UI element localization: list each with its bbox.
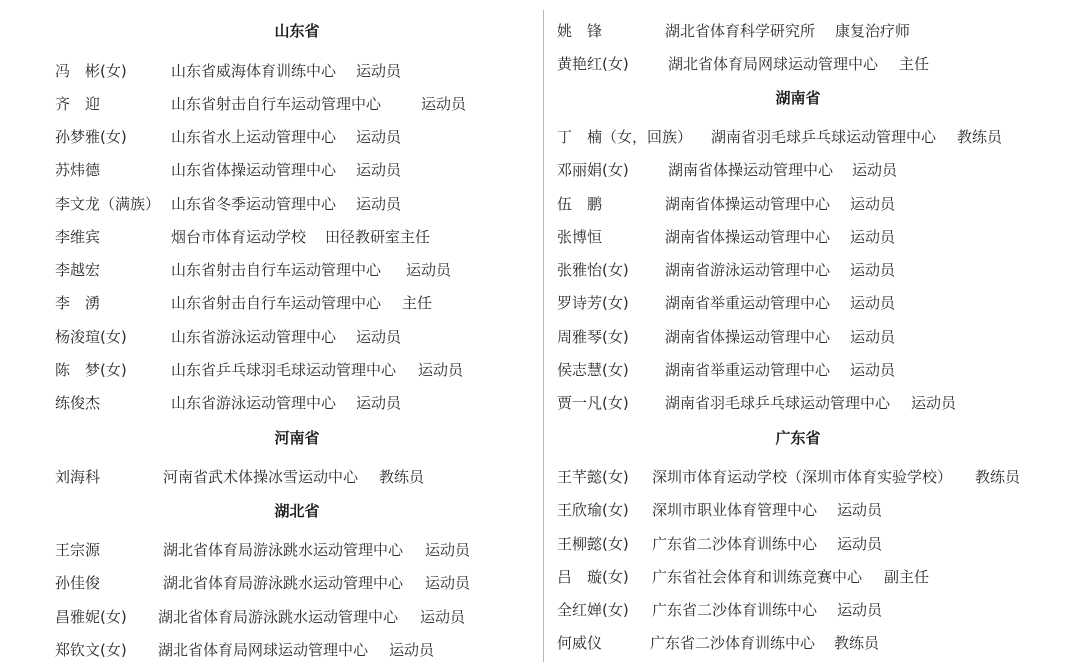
person-title: 运动员 [837,533,882,555]
person-unit: 湖南省体操运动管理中心 [668,159,833,181]
person-title: 运动员 [850,359,895,381]
person-name: 丁 楠（女，回族） [557,126,692,148]
person-title: 运动员 [850,326,895,348]
person-title: 教练员 [957,126,1002,148]
person-title: 主任 [402,292,432,314]
person-name: 冯 彬(女) [55,60,127,82]
person-unit: 广东省二沙体育训练中心 [652,533,817,555]
person-title: 运动员 [421,93,466,115]
section-heading-henan: 河南省 [274,427,319,448]
person-title: 运动员 [406,259,451,281]
person-name: 李维宾 [55,226,100,248]
person-name: 陈 梦(女) [55,359,127,381]
person-name: 张雅怡(女) [557,259,629,281]
person-title: 运动员 [837,499,882,521]
person-name: 侯志慧(女) [557,359,629,381]
person-unit: 山东省射击自行车运动管理中心 [171,93,381,115]
person-title: 教练员 [975,466,1020,488]
person-unit: 湖南省体操运动管理中心 [665,326,830,348]
person-unit: 山东省威海体育训练中心 [171,60,336,82]
section-heading-hubei: 湖北省 [274,500,319,521]
person-title: 运动员 [425,572,470,594]
section-heading-guangdong: 广东省 [775,427,820,448]
person-title: 运动员 [837,599,882,621]
person-unit: 广东省二沙体育训练中心 [650,632,815,654]
person-name: 吕 璇(女) [557,566,629,588]
person-name: 孙梦雅(女) [55,126,127,148]
person-unit: 湖北省体育局游泳跳水运动管理中心 [163,539,403,561]
person-name: 王柳懿(女) [557,533,629,555]
person-unit: 山东省乒乓球羽毛球运动管理中心 [171,359,396,381]
person-name: 李文龙（满族） [55,193,160,215]
person-name: 邓丽娟(女) [557,159,629,181]
person-title: 运动员 [852,159,897,181]
person-title: 运动员 [420,606,465,628]
person-unit: 山东省游泳运动管理中心 [171,326,336,348]
person-title: 运动员 [418,359,463,381]
person-title: 运动员 [389,639,434,661]
person-name: 王宗源 [55,539,100,561]
person-title: 运动员 [356,159,401,181]
person-name: 苏炜德 [55,159,100,181]
person-unit: 烟台市体育运动学校 [171,226,306,248]
person-name: 罗诗芳(女) [557,292,629,314]
person-unit: 湖南省举重运动管理中心 [665,359,830,381]
person-unit: 山东省游泳运动管理中心 [171,392,336,414]
person-title: 田径教研室主任 [325,226,430,248]
person-unit: 湖南省体操运动管理中心 [665,193,830,215]
person-unit: 湖南省体操运动管理中心 [665,226,830,248]
person-unit: 河南省武术体操冰雪运动中心 [163,466,358,488]
person-title: 运动员 [850,193,895,215]
person-name: 杨浚瑄(女) [55,326,127,348]
person-unit: 山东省水上运动管理中心 [171,126,336,148]
person-unit: 深圳市体育运动学校（深圳市体育实验学校） [652,466,952,488]
person-unit: 湖北省体育局网球运动管理中心 [668,53,878,75]
person-name: 张博恒 [557,226,602,248]
person-unit: 广东省二沙体育训练中心 [652,599,817,621]
person-unit: 湖北省体育局网球运动管理中心 [158,639,368,661]
person-unit: 山东省冬季运动管理中心 [171,193,336,215]
person-name: 何威仪 [557,632,602,654]
person-name: 伍 鹏 [557,193,602,215]
person-unit: 湖北省体育局游泳跳水运动管理中心 [158,606,398,628]
person-name: 王欣瑜(女) [557,499,629,521]
person-unit: 山东省体操运动管理中心 [171,159,336,181]
person-unit: 湖北省体育局游泳跳水运动管理中心 [163,572,403,594]
person-name: 孙佳俊 [55,572,100,594]
person-unit: 湖南省羽毛球乒乓球运动管理中心 [711,126,936,148]
person-unit: 深圳市职业体育管理中心 [652,499,817,521]
person-unit: 湖南省羽毛球乒乓球运动管理中心 [665,392,890,414]
person-name: 齐 迎 [55,93,100,115]
person-title: 运动员 [356,126,401,148]
person-title: 运动员 [850,226,895,248]
person-title: 主任 [899,53,929,75]
person-title: 运动员 [356,326,401,348]
person-title: 运动员 [850,292,895,314]
person-title: 运动员 [356,60,401,82]
section-heading-shandong: 山东省 [274,20,319,41]
person-unit: 山东省射击自行车运动管理中心 [171,259,381,281]
person-title: 运动员 [850,259,895,281]
person-title: 教练员 [379,466,424,488]
section-heading-hunan: 湖南省 [775,87,820,108]
person-name: 王芊懿(女) [557,466,629,488]
person-title: 运动员 [911,392,956,414]
person-unit: 湖北省体育科学研究所 [665,20,815,42]
person-unit: 广东省社会体育和训练竞赛中心 [652,566,862,588]
person-name: 刘海科 [55,466,100,488]
person-unit: 湖南省游泳运动管理中心 [665,259,830,281]
person-title: 运动员 [356,392,401,414]
person-title: 副主任 [884,566,929,588]
person-name: 全红婵(女) [557,599,629,621]
person-name: 贾一凡(女) [557,392,629,414]
person-unit: 湖南省举重运动管理中心 [665,292,830,314]
person-name: 李越宏 [55,259,100,281]
person-name: 黄艳红(女) [557,53,629,75]
person-name: 姚 锋 [557,20,602,42]
person-name: 周雅琴(女) [557,326,629,348]
person-name: 李 湧 [55,292,100,314]
column-divider [543,10,544,662]
person-unit: 山东省射击自行车运动管理中心 [171,292,381,314]
person-name: 昌雅妮(女) [55,606,127,628]
person-title: 教练员 [834,632,879,654]
person-title: 运动员 [425,539,470,561]
person-title: 运动员 [356,193,401,215]
person-title: 康复治疗师 [835,20,910,42]
person-name: 练俊杰 [55,392,100,414]
person-name: 郑钦文(女) [55,639,127,661]
